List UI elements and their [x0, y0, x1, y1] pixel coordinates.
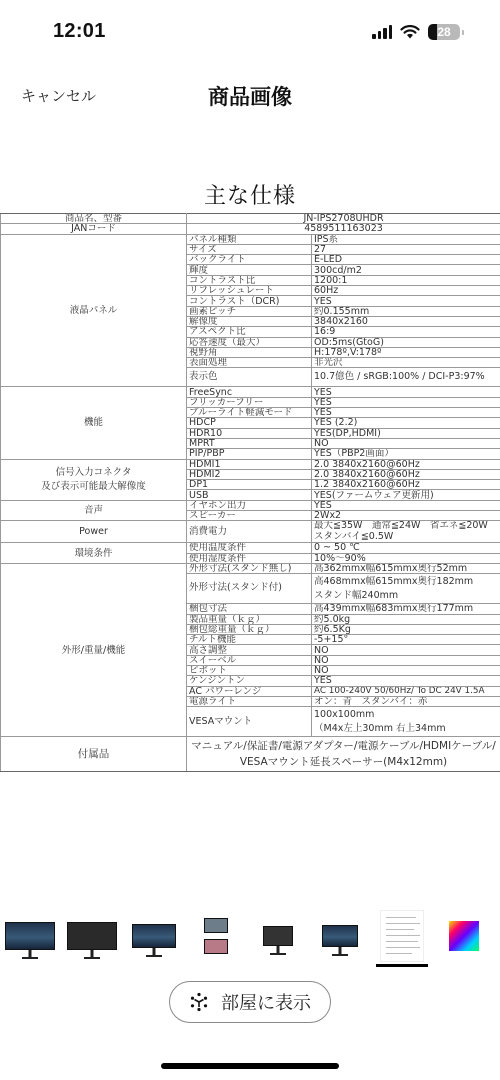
spec-category: 機能 — [1, 387, 187, 459]
table-row: 信号入力コネクタ 及び表示可能最大解像度 HDMI1 2.0 3840x2160… — [1, 459, 500, 469]
spec-label: フリッカーフリー — [187, 397, 312, 407]
spec-label: DP1 — [187, 480, 312, 490]
spec-category: 環境条件 — [1, 543, 187, 564]
spec-label: 視野角 — [187, 347, 312, 357]
monitor-image — [204, 939, 228, 954]
spec-label: PIP/PBP — [187, 449, 312, 459]
spec-label: HDR10 — [187, 428, 312, 438]
spec-value: 約5.0kg — [312, 614, 500, 624]
spec-row-model: 商品名、型番 JN-IPS2708UHDR — [1, 214, 500, 224]
spec-value: NO — [312, 438, 500, 448]
spec-label: 外形寸法(スタンド付) — [187, 574, 312, 604]
spec-label: 高さ調整 — [187, 645, 312, 655]
spec-value-line: （M4x左上30mm 右上34mm — [314, 722, 498, 736]
spec-value-line: VESAマウント延長スペーサー(M4x12mm) — [189, 754, 498, 770]
color-gamut-image — [449, 921, 479, 951]
battery-tip — [462, 30, 464, 35]
spec-value: 300cd/m2 — [312, 265, 500, 275]
spec-value: 約0.155mm — [312, 306, 500, 316]
spec-value: OD:5ms(GtoG) — [312, 337, 500, 347]
spec-label: サイズ — [187, 244, 312, 254]
spec-value-line: マニュアル/保証書/電源アダプター/電源ケーブル/HDMIケーブル/ — [189, 738, 498, 754]
thumb-monitor-dimensions[interactable] — [312, 908, 368, 964]
spec-value: 2Wx2 — [312, 511, 500, 521]
spec-label: スピーカー — [187, 511, 312, 521]
spec-category: 外形/重量/機能 — [1, 563, 187, 736]
monitor-image — [5, 922, 55, 950]
spec-label: MPRT — [187, 438, 312, 448]
spec-label: HDMI2 — [187, 469, 312, 479]
spec-label: 商品名、型番 — [1, 214, 187, 224]
spec-value: YES(ファームウェア更新用) — [312, 490, 500, 500]
page-title-text: 商品画像 — [208, 81, 292, 111]
thumbnail-strip[interactable] — [0, 905, 500, 967]
spec-label: AC パワーレンジ — [187, 686, 312, 696]
table-row: 外形/重量/機能 外形寸法(スタンド無し) 高362mmx幅615mmx奥行52… — [1, 563, 500, 573]
spec-value: 100x100mm （M4x左上30mm 右上34mm — [312, 707, 500, 737]
spec-label: 解像度 — [187, 316, 312, 326]
spec-label: アスペクト比 — [187, 327, 312, 337]
spec-value: -5+15° — [312, 635, 500, 645]
spec-label: 消費電力 — [187, 521, 312, 543]
spec-label: リフレッシュレート — [187, 286, 312, 296]
spec-value-line: スタンド幅240mm — [314, 589, 498, 603]
table-row: Power 消費電力 最大≦35W 通常≦24W 省エネ≦20W スタンバイ≦0… — [1, 521, 500, 543]
home-indicator — [161, 1063, 339, 1069]
spec-value: 高362mmx幅615mmx奥行52mm — [312, 563, 500, 573]
spec-category: 信号入力コネクタ 及び表示可能最大解像度 — [1, 459, 187, 500]
spec-label: VESAマウント — [187, 707, 312, 737]
spec-value: YES — [312, 296, 500, 306]
spec-value: YES（PBP2画面） — [312, 449, 500, 459]
spec-label: 梱包総重量（ｋｇ） — [187, 624, 312, 634]
monitor-image — [132, 924, 176, 948]
spec-category: Power — [1, 521, 187, 543]
spec-value: IPS系 — [312, 234, 500, 244]
spec-value: 16:9 — [312, 327, 500, 337]
wifi-icon — [400, 25, 420, 39]
table-row: 付属品 マニュアル/保証書/電源アダプター/電源ケーブル/HDMIケーブル/ V… — [1, 737, 500, 772]
spec-value: JN-IPS2708UHDR — [187, 214, 500, 224]
signal-icon — [372, 25, 392, 39]
spec-value: NO — [312, 655, 500, 665]
battery-icon: 28 — [428, 24, 460, 40]
spec-heading: 主な仕様 — [0, 179, 500, 210]
monitor-image — [263, 926, 293, 946]
spec-value: 1200:1 — [312, 275, 500, 285]
spec-label: FreeSync — [187, 387, 312, 397]
status-icons: 28 — [372, 24, 464, 40]
spec-label: 応答速度（最大） — [187, 337, 312, 347]
spec-value: 高439mmx幅683mmx奥行177mm — [312, 604, 500, 614]
spec-value: オン：青 スタンバイ：赤 — [312, 696, 500, 706]
spec-label: コントラスト（DCR) — [187, 296, 312, 306]
thumb-spec-sheet[interactable] — [374, 908, 430, 964]
spec-label: HDMI1 — [187, 459, 312, 469]
spec-table: 商品名、型番 JN-IPS2708UHDR JANコード 45895111630… — [0, 213, 500, 772]
spec-value: 高468mmx幅615mmx奥行182mm スタンド幅240mm — [312, 574, 500, 604]
spec-value: 10.7億色 / sRGB:100% / DCI-P3:97% — [312, 368, 500, 387]
battery-percent: 28 — [437, 25, 450, 39]
spec-value-line: 100x100mm — [314, 708, 498, 722]
thumb-monitor-back[interactable] — [64, 908, 120, 964]
spec-value: H:178º,V:178º — [312, 347, 500, 357]
spec-label: バックライト — [187, 255, 312, 265]
spec-value: E-LED — [312, 255, 500, 265]
ar-cube-icon — [189, 992, 209, 1012]
spec-label: USB — [187, 490, 312, 500]
spec-label: 輝度 — [187, 265, 312, 275]
spec-label: コントラスト比 — [187, 275, 312, 285]
spec-value: YES — [312, 676, 500, 686]
spec-label: ケンジントン — [187, 676, 312, 686]
spec-value: 0 ~ 50 ℃ — [312, 543, 500, 553]
status-time: 12:01 — [53, 20, 106, 43]
table-row: 音声 イヤホン出力 YES — [1, 500, 500, 510]
spec-label: 外形寸法(スタンド無し) — [187, 563, 312, 573]
spec-label: イヤホン出力 — [187, 500, 312, 510]
spec-label: 電源ライト — [187, 696, 312, 706]
spec-value: 非光沢 — [312, 358, 500, 368]
monitor-image — [322, 925, 358, 947]
spec-value-line: スタンバイ≦0.5W — [314, 532, 498, 543]
view-in-room-label: 部屋に表示 — [221, 989, 311, 1015]
status-bar: 12:01 28 — [0, 0, 500, 60]
spec-label: 使用温度条件 — [187, 543, 312, 553]
spec-label: パネル種類 — [187, 234, 312, 244]
spec-label: スイーベル — [187, 655, 312, 665]
spec-label: 製品重量（ｋｇ） — [187, 614, 312, 624]
spec-sheet-image — [380, 910, 424, 962]
spec-value: 4589511163023 — [187, 224, 500, 234]
spec-value: NO — [312, 645, 500, 655]
spec-label: ブルーライト軽減モード — [187, 408, 312, 418]
spec-label: 表面処理 — [187, 358, 312, 368]
spec-label: 使用湿度条件 — [187, 553, 312, 563]
spec-value: 2.0 3840x2160@60Hz — [312, 459, 500, 469]
spec-value: AC 100-240V 50/60Hz/ To DC 24V 1.5A — [312, 686, 500, 696]
spec-value: 最大≦35W 通常≦24W 省エネ≦20W スタンバイ≦0.5W — [312, 521, 500, 543]
spec-label: チルト機能 — [187, 635, 312, 645]
spec-value: 約6.5Kg — [312, 624, 500, 634]
spec-value: YES — [312, 408, 500, 418]
spec-value: NO — [312, 665, 500, 675]
spec-label: ピボット — [187, 665, 312, 675]
spec-value: マニュアル/保証書/電源アダプター/電源ケーブル/HDMIケーブル/ VESAマ… — [187, 737, 500, 772]
spec-value: YES (2.2) — [312, 418, 500, 428]
spec-category-line: 及び表示可能最大解像度 — [3, 480, 184, 494]
thumb-monitor-comparison[interactable] — [188, 908, 244, 964]
spec-value: 1.2 3840x2160@60Hz — [312, 480, 500, 490]
view-in-room-button[interactable]: 部屋に表示 — [169, 981, 331, 1023]
table-row: 環境条件 使用温度条件 0 ~ 50 ℃ — [1, 543, 500, 553]
spec-value: 60Hz — [312, 286, 500, 296]
spec-row-jan: JANコード 4589511163023 — [1, 224, 500, 234]
spec-category: 音声 — [1, 500, 187, 521]
spec-value: YES — [312, 387, 500, 397]
monitor-image — [204, 918, 228, 933]
spec-value: YES(DP,HDMI) — [312, 428, 500, 438]
spec-value: 27 — [312, 244, 500, 254]
table-row: 機能 FreeSync YES — [1, 387, 500, 397]
product-spec-image: 主な仕様 商品名、型番 JN-IPS2708UHDR JANコード 458951… — [0, 175, 500, 860]
thumb-monitor-flicker[interactable] — [250, 908, 306, 964]
spec-value: 2.0 3840x2160@60Hz — [312, 469, 500, 479]
spec-label: 梱包寸法 — [187, 604, 312, 614]
spec-category-line: 信号入力コネクタ — [3, 466, 184, 480]
spec-value-line: 高468mmx幅615mmx奥行182mm — [314, 575, 498, 589]
spec-label: JANコード — [1, 224, 187, 234]
thumb-monitor-features[interactable] — [126, 908, 182, 964]
spec-label: HDCP — [187, 418, 312, 428]
monitor-image — [67, 922, 117, 950]
spec-value: 3840x2160 — [312, 316, 500, 326]
spec-label: 画素ピッチ — [187, 306, 312, 316]
thumb-color-gamut[interactable] — [436, 908, 492, 964]
spec-value: YES — [312, 397, 500, 407]
nav-bar: キャンセル 商品画像 — [0, 75, 500, 115]
table-row: 液晶パネル パネル種類 IPS系 — [1, 234, 500, 244]
spec-category: 液晶パネル — [1, 234, 187, 387]
spec-value: YES — [312, 500, 500, 510]
spec-category: 付属品 — [1, 737, 187, 772]
spec-value: 10%～90% — [312, 553, 500, 563]
thumb-monitor-front[interactable] — [2, 908, 58, 964]
spec-label: 表示色 — [187, 368, 312, 387]
page-title: 商品画像 — [0, 81, 500, 111]
